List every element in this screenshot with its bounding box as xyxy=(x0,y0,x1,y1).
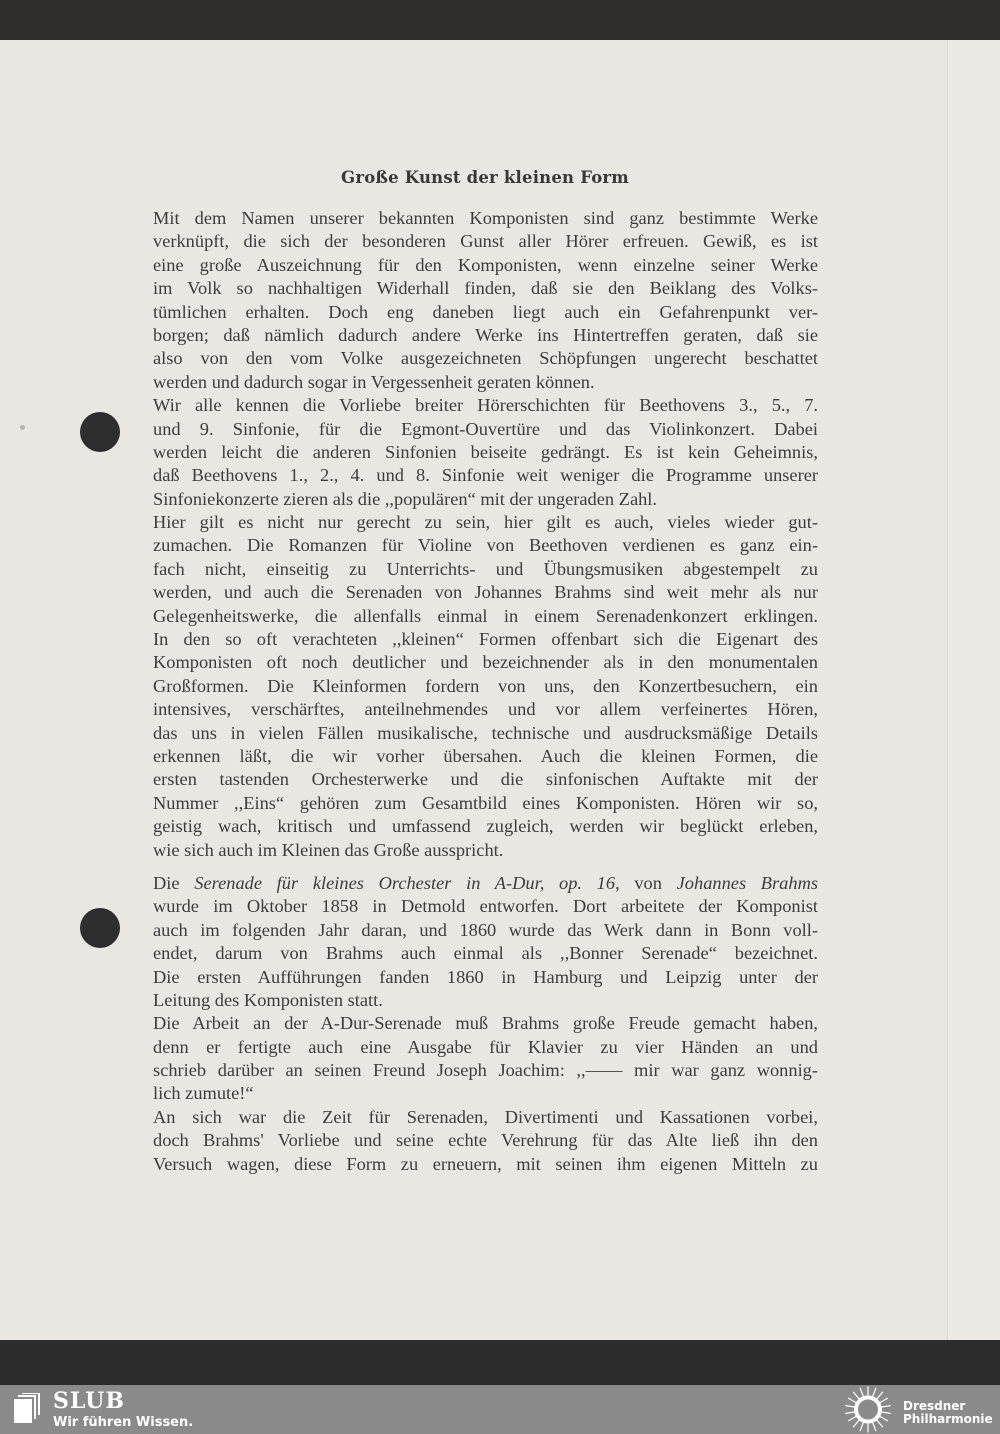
slub-logo-text: SLUB xyxy=(53,1388,125,1414)
text-line: denn er fertigte auch eine Ausgabe für K… xyxy=(153,1036,818,1059)
text-line: Komponisten oft noch deutlicher und beze… xyxy=(153,651,818,674)
text-line: Die ersten Aufführungen fanden 1860 in H… xyxy=(153,966,818,989)
text-line: In den so oft verachteten ,,kleinen“ For… xyxy=(153,628,818,651)
text-line: verknüpft, die sich der besonderen Gunst… xyxy=(153,230,818,253)
text-line: eine große Auszeichnung für den Komponis… xyxy=(153,254,818,277)
text-line: Die Arbeit an der A-Dur-Serenade muß Bra… xyxy=(153,1012,818,1035)
text-line: wurde im Oktober 1858 in Detmold entworf… xyxy=(153,895,818,918)
text-line: Wir alle kennen die Vorliebe breiter Hör… xyxy=(153,394,818,417)
page-edge-right xyxy=(947,40,1000,1340)
text-line: doch Brahms' Vorliebe und seine echte Ve… xyxy=(153,1129,818,1152)
text-line: erkennen läßt, die wir vorher übersahen.… xyxy=(153,745,818,768)
composer-name: Johannes Brahms xyxy=(677,873,818,893)
punch-hole-top xyxy=(80,412,120,452)
paragraph-6: An sich war die Zeit für Serenaden, Dive… xyxy=(153,1106,818,1176)
text-line: Versuch wagen, diese Form zu erneuern, m… xyxy=(153,1153,818,1176)
text-line: geistig wach, kritisch und umfassend zug… xyxy=(153,815,818,838)
slub-tagline: Wir führen Wissen. xyxy=(53,1415,193,1430)
text-line: zumachen. Die Romanzen für Violine von B… xyxy=(153,534,818,557)
text-line: endet, darum von Brahms auch einmal als … xyxy=(153,942,818,965)
text-line: fach nicht, einseitig zu Unterrichts- un… xyxy=(153,558,818,581)
text-line: Großformen. Die Kleinformen fordern von … xyxy=(153,675,818,698)
punch-hole-bottom xyxy=(80,908,120,948)
text-line: wie sich auch im Kleinen das Große aussp… xyxy=(153,839,818,862)
text-line: borgen; daß nämlich dadurch andere Werke… xyxy=(153,324,818,347)
text-line: Nummer ,,Eins“ gehören zum Gesamtbild ei… xyxy=(153,792,818,815)
book-pages-icon xyxy=(14,1393,40,1423)
paper-speck xyxy=(20,425,25,430)
paragraph-5: Die Arbeit an der A-Dur-Serenade muß Bra… xyxy=(153,1012,818,1106)
text-line: das uns in vielen Fällen musikalische, t… xyxy=(153,722,818,745)
scan-border-bottom xyxy=(0,1340,1000,1385)
scan-border-top xyxy=(0,0,1000,40)
text-line: tümlichen erhalten. Doch eng daneben lie… xyxy=(153,301,818,324)
text-line: ersten tastenden Orchesterwerke und die … xyxy=(153,768,818,791)
paragraph-3: Hier gilt es nicht nur gerecht zu sein, … xyxy=(153,511,818,862)
text-line: daß Beethovens 1., 2., 4. und 8. Sinfoni… xyxy=(153,464,818,487)
work-title: Serenade für kleines Orchester in A-Dur,… xyxy=(194,873,615,893)
text-line: also von den vom Volke ausgezeichneten S… xyxy=(153,347,818,370)
paragraph-1: Mit dem Namen unserer bekannten Komponis… xyxy=(153,207,818,394)
paragraph-2: Wir alle kennen die Vorliebe breiter Hör… xyxy=(153,394,818,511)
text-line: intensives, verschärftes, anteilnehmende… xyxy=(153,698,818,721)
text-line: Mit dem Namen unserer bekannten Komponis… xyxy=(153,207,818,230)
text-line: werden, und auch die Serenaden von Johan… xyxy=(153,581,818,604)
text-line: lich zumute!“ xyxy=(153,1082,818,1105)
dresdner-philharmonie-logo-text: Dresdner Philharmonie xyxy=(903,1400,993,1426)
text-line: und 9. Sinfonie, für die Egmont-Ouvertür… xyxy=(153,418,818,441)
radiant-sun-icon xyxy=(842,1385,894,1434)
page-title: Große Kunst der kleinen Form xyxy=(0,168,970,187)
text-line: Sinfoniekonzerte zieren als die ,,populä… xyxy=(153,488,818,511)
text-line: werden leicht die anderen Sinfonien beis… xyxy=(153,441,818,464)
text-line: im Volk so nachhaltigen Widerhall finden… xyxy=(153,277,818,300)
text-line: An sich war die Zeit für Serenaden, Dive… xyxy=(153,1106,818,1129)
text-line: Gelegenheitswerke, die allenfalls einmal… xyxy=(153,605,818,628)
paragraph-4: Die Serenade für kleines Orchester in A-… xyxy=(153,872,818,1012)
text-line: Leitung des Komponisten statt. xyxy=(153,989,818,1012)
text-line: schrieb darüber an seinen Freund Joseph … xyxy=(153,1059,818,1082)
text-line: werden und dadurch sogar in Vergessenhei… xyxy=(153,371,818,394)
text-line: Hier gilt es nicht nur gerecht zu sein, … xyxy=(153,511,818,534)
text-line: auch im folgenden Jahr daran, und 1860 w… xyxy=(153,919,818,942)
body-text: Mit dem Namen unserer bekannten Komponis… xyxy=(153,207,818,1176)
text-line: Die Serenade für kleines Orchester in A-… xyxy=(153,872,818,895)
